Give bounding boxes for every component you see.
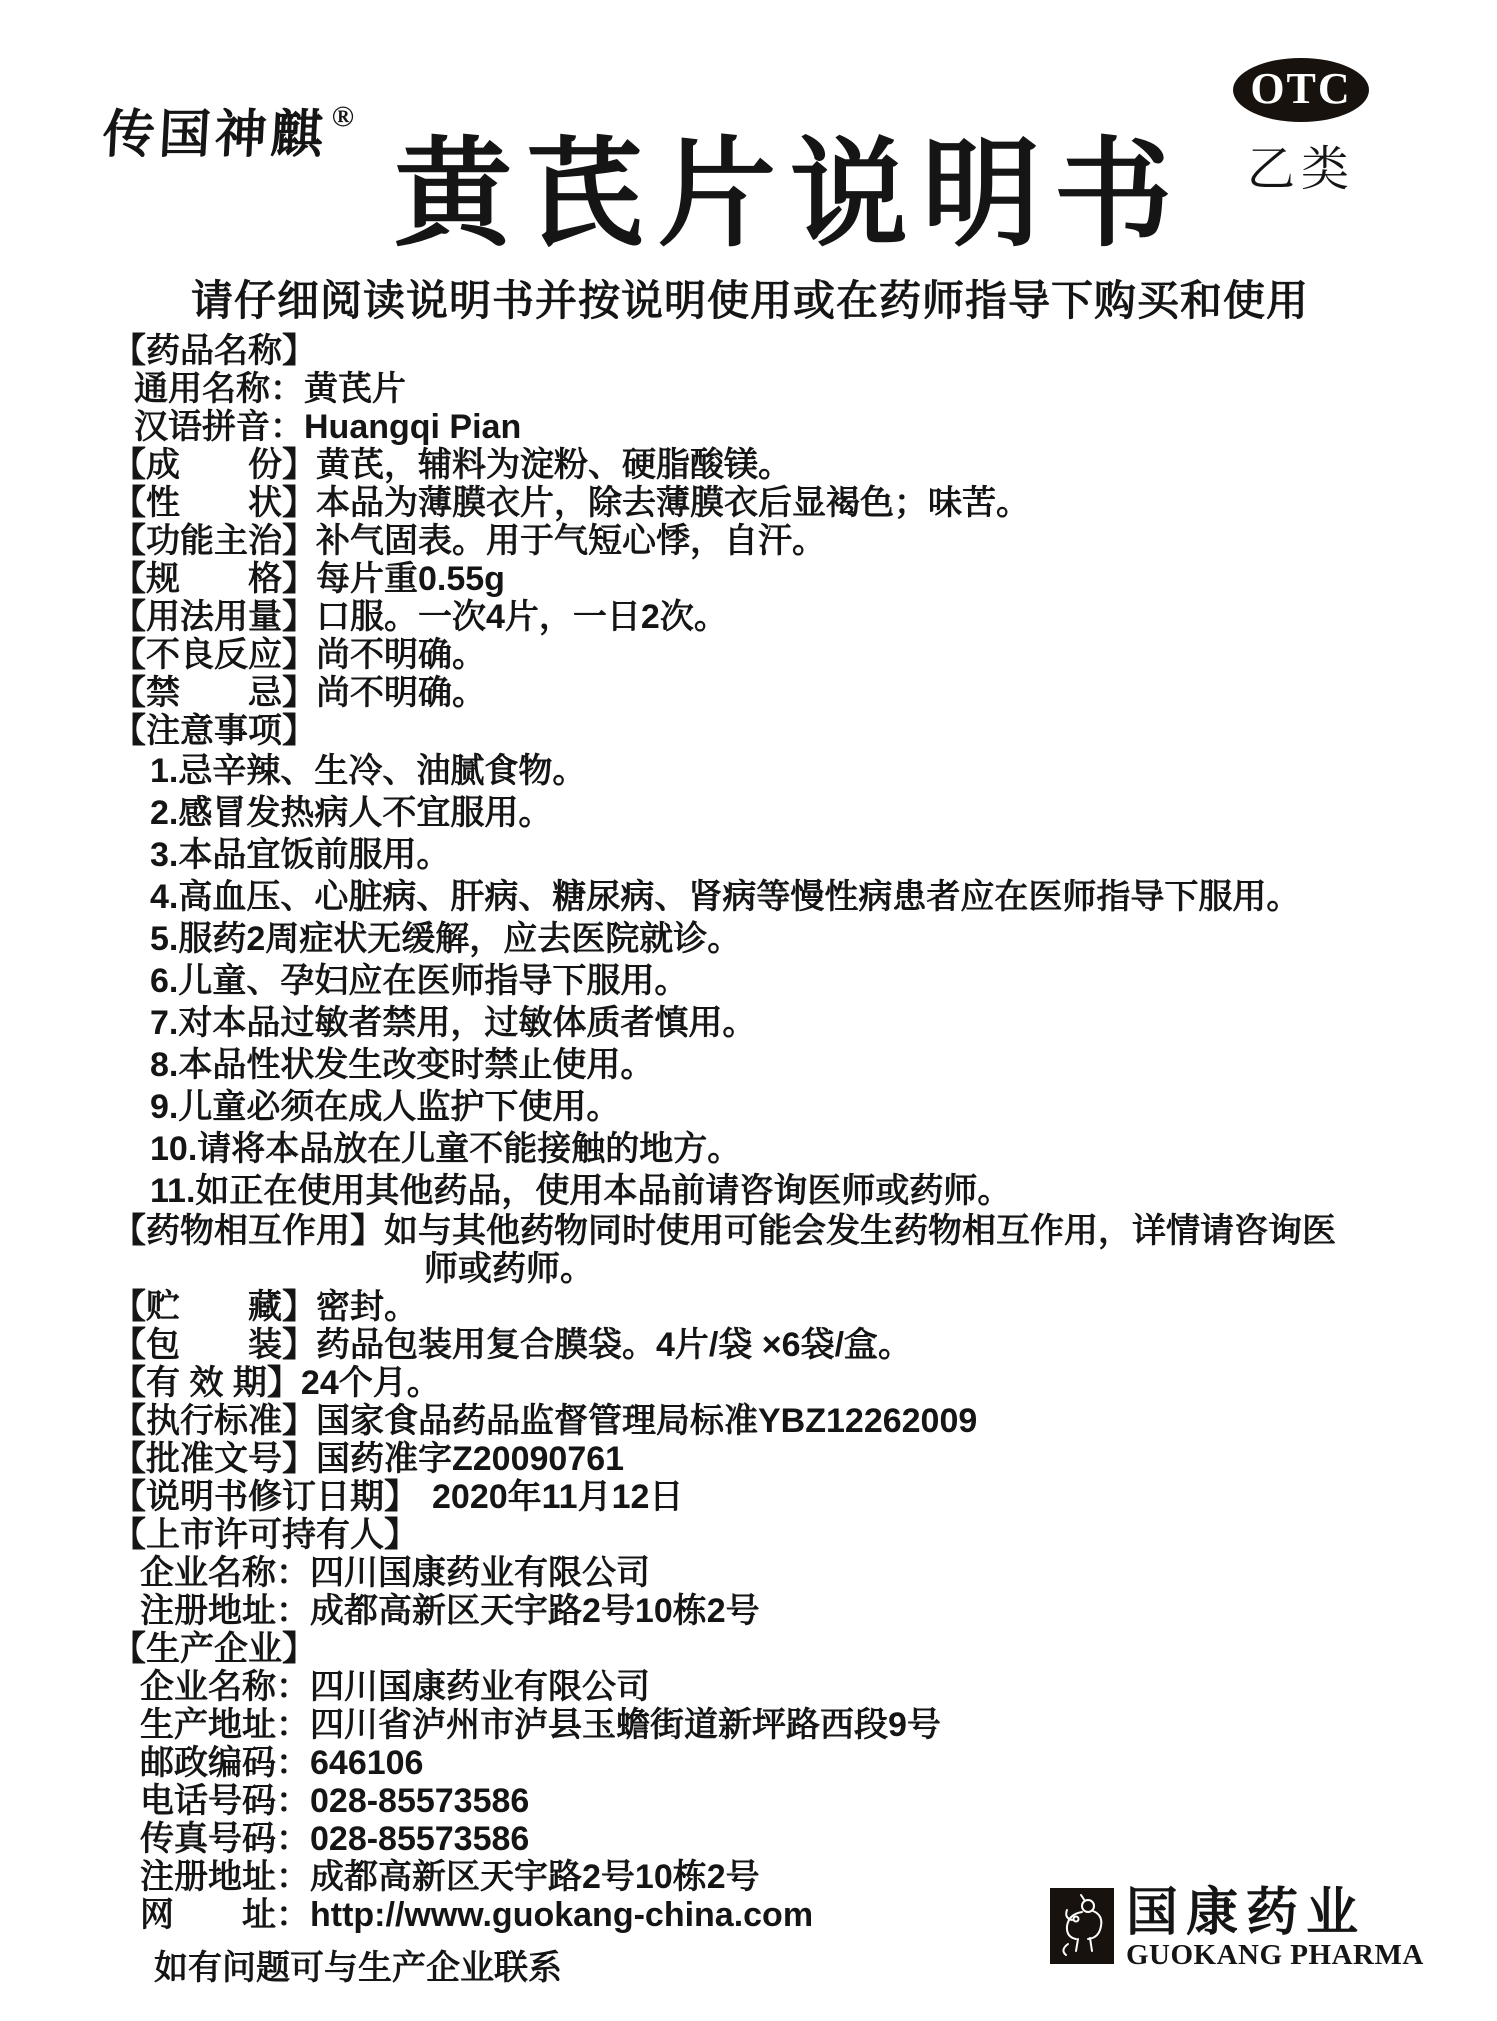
- precaution-item-9: 9.儿童必须在成人监护下使用。: [150, 1086, 1457, 1128]
- postal-code-value: 646106: [310, 1744, 423, 1782]
- generic-name-label: 通用名称：: [134, 370, 304, 408]
- manufacturer-heading-label: 【生产企业】: [112, 1630, 316, 1668]
- manufacturer-heading: 【生产企业】: [112, 1630, 1457, 1668]
- specification-label: 【规 格】: [112, 560, 316, 598]
- composition-value: 黄芪，辅料为淀粉、硬脂酸镁。: [316, 446, 792, 484]
- precaution-item-7: 7.对本品过敏者禁用，过敏体质者慎用。: [150, 1002, 1457, 1044]
- license-company-name-value: 四川国康药业有限公司: [310, 1554, 650, 1592]
- precaution-item-8: 8.本品性状发生改变时禁止使用。: [150, 1044, 1457, 1086]
- company-logo: 国康药业 GUOKANG PHARMA: [1050, 1888, 1424, 1970]
- phone-label: 电话号码：: [140, 1782, 310, 1820]
- manufacturer-registered-address-label: 注册地址：: [140, 1858, 310, 1896]
- license-company-name-row: 企业名称：四川国康药业有限公司: [140, 1554, 1457, 1592]
- manufacturer-company-name-row: 企业名称：四川国康药业有限公司: [140, 1668, 1457, 1706]
- page-title: 黄芪片说明书: [394, 126, 1186, 266]
- validity-value: 24个月。: [301, 1364, 441, 1402]
- specification-value: 每片重0.55g: [316, 560, 505, 598]
- brand-name: 传国神麒: [101, 107, 328, 164]
- standard-row: 【执行标准】国家食品药品监督管理局标准YBZ12262009: [112, 1402, 1457, 1440]
- drug-name-heading-label: 【药品名称】: [112, 332, 316, 370]
- indications-label: 【功能主治】: [112, 522, 316, 560]
- manufacturer-company-name-label: 企业名称：: [140, 1668, 310, 1706]
- composition-label: 【成 份】: [112, 446, 316, 484]
- indications-value: 补气固表。用于气短心悸，自汗。: [316, 522, 826, 560]
- company-name-en: GUOKANG PHARMA: [1126, 1940, 1424, 1970]
- dosage-value: 口服。一次4片，一日2次。: [316, 598, 728, 636]
- website-label: 网 址：: [140, 1896, 310, 1934]
- adverse-reactions-value: 尚不明确。: [316, 636, 486, 674]
- revision-date-label: 【说明书修订日期】: [112, 1478, 418, 1516]
- production-address-label: 生产地址：: [140, 1706, 310, 1744]
- license-holder-heading: 【上市许可持有人】: [112, 1516, 1457, 1554]
- license-holder-heading-label: 【上市许可持有人】: [112, 1516, 418, 1554]
- license-registered-address-row: 注册地址：成都高新区天宇路2号10栋2号: [140, 1592, 1457, 1630]
- contraindications-label: 【禁 忌】: [112, 674, 316, 712]
- otc-category-label: 乙类: [1233, 130, 1369, 199]
- company-name-cn: 国康药业: [1126, 1888, 1424, 1940]
- approval-number-row: 【批准文号】国药准字Z20090761: [112, 1440, 1457, 1478]
- section-drug-name-heading: 【药品名称】: [112, 332, 1457, 370]
- fax-row: 传真号码：028-85573586: [140, 1820, 1457, 1858]
- drug-interaction-text-line1: 如与其他药物同时使用可能会发生药物相互作用，详情请咨询医: [384, 1212, 1336, 1250]
- drug-interaction-row: 【药物相互作用】如与其他药物同时使用可能会发生药物相互作用，详情请咨询医: [112, 1212, 1457, 1250]
- pinyin-label: 汉语拼音：: [134, 408, 304, 446]
- qilin-seal-icon: [1050, 1888, 1114, 1964]
- precaution-item-2: 2.感冒发热病人不宜服用。: [150, 792, 1457, 834]
- website-value: http://www.guokang-china.com: [310, 1896, 813, 1934]
- pinyin-value: Huangqi Pian: [304, 408, 521, 446]
- leaflet-page: 传国神麒® OTC 乙类 黄芪片说明书 请仔细阅读说明书并按说明使用或在药师指导…: [0, 0, 1497, 2021]
- manufacturer-registered-address-value: 成都高新区天宇路2号10栋2号: [310, 1858, 760, 1896]
- adverse-reactions-label: 【不良反应】: [112, 636, 316, 674]
- license-registered-address-value: 成都高新区天宇路2号10栋2号: [310, 1592, 760, 1630]
- drug-interaction-label: 【药物相互作用】: [112, 1212, 384, 1250]
- properties-label: 【性 状】: [112, 484, 316, 522]
- precaution-item-3: 3.本品宜饭前服用。: [150, 834, 1457, 876]
- precaution-item-6: 6.儿童、孕妇应在医师指导下服用。: [150, 960, 1457, 1002]
- dosage-label: 【用法用量】: [112, 598, 316, 636]
- storage-row: 【贮 藏】密封。: [112, 1288, 1457, 1326]
- pinyin-row: 汉语拼音：Huangqi Pian: [134, 408, 1457, 446]
- brand-logo: 传国神麒®: [101, 92, 355, 167]
- storage-value: 密封。: [316, 1288, 418, 1326]
- generic-name-row: 通用名称：黄芪片: [134, 370, 1457, 408]
- precaution-item-4: 4.高血压、心脏病、肝病、糖尿病、肾病等慢性病患者应在医师指导下服用。: [150, 876, 1457, 918]
- precautions-heading: 【注意事项】: [112, 712, 1457, 750]
- revision-date-value: 2020年11月12日: [432, 1478, 683, 1516]
- drug-interaction-text-line2: 师或药师。: [424, 1250, 1457, 1288]
- composition-row: 【成 份】黄芪，辅料为淀粉、硬脂酸镁。: [112, 446, 1457, 484]
- contraindications-value: 尚不明确。: [316, 674, 486, 712]
- approval-number-value: 国药准字Z20090761: [316, 1440, 624, 1478]
- postal-code-row: 邮政编码：646106: [140, 1744, 1457, 1782]
- package-value: 药品包装用复合膜袋。4片/袋 ×6袋/盒。: [316, 1326, 912, 1364]
- dosage-row: 【用法用量】口服。一次4片，一日2次。: [112, 598, 1457, 636]
- specification-row: 【规 格】每片重0.55g: [112, 560, 1457, 598]
- precaution-item-11: 11.如正在使用其他药品，使用本品前请咨询医师或药师。: [150, 1170, 1457, 1212]
- fax-label: 传真号码：: [140, 1820, 310, 1858]
- precautions-heading-label: 【注意事项】: [112, 712, 316, 750]
- company-logo-text: 国康药业 GUOKANG PHARMA: [1126, 1888, 1424, 1970]
- standard-label: 【执行标准】: [112, 1402, 316, 1440]
- precaution-item-5: 5.服药2周症状无缓解，应去医院就诊。: [150, 918, 1457, 960]
- manufacturer-company-name-value: 四川国康药业有限公司: [310, 1668, 650, 1706]
- postal-code-label: 邮政编码：: [140, 1744, 310, 1782]
- precaution-item-10: 10.请将本品放在儿童不能接触的地方。: [150, 1128, 1457, 1170]
- license-company-name-label: 企业名称：: [140, 1554, 310, 1592]
- usage-notice: 请仔细阅读说明书并按说明使用或在药师指导下购买和使用: [191, 278, 1309, 324]
- properties-row: 【性 状】本品为薄膜衣片，除去薄膜衣后显褐色；味苦。: [112, 484, 1457, 522]
- phone-value: 028-85573586: [310, 1782, 529, 1820]
- otc-ellipse: OTC: [1233, 58, 1369, 122]
- leaflet-content: 【药品名称】 通用名称：黄芪片 汉语拼音：Huangqi Pian 【成 份】黄…: [0, 332, 1497, 1988]
- license-registered-address-label: 注册地址：: [140, 1592, 310, 1630]
- registered-trademark-icon: ®: [332, 100, 354, 134]
- otc-badge: OTC 乙类: [1233, 58, 1369, 199]
- production-address-row: 生产地址：四川省泸州市泸县玉蟾街道新坪路西段9号: [140, 1706, 1457, 1744]
- validity-row: 【有 效 期】24个月。: [112, 1364, 1457, 1402]
- indications-row: 【功能主治】补气固表。用于气短心悸，自汗。: [112, 522, 1457, 560]
- precaution-item-1: 1.忌辛辣、生冷、油腻食物。: [150, 750, 1457, 792]
- adverse-reactions-row: 【不良反应】尚不明确。: [112, 636, 1457, 674]
- fax-value: 028-85573586: [310, 1820, 529, 1858]
- revision-date-row: 【说明书修订日期】2020年11月12日: [112, 1478, 1457, 1516]
- production-address-value: 四川省泸州市泸县玉蟾街道新坪路西段9号: [310, 1706, 941, 1744]
- properties-value: 本品为薄膜衣片，除去薄膜衣后显褐色；味苦。: [316, 484, 1030, 522]
- approval-number-label: 【批准文号】: [112, 1440, 316, 1478]
- validity-label: 【有 效 期】: [112, 1364, 301, 1402]
- package-label: 【包 装】: [112, 1326, 316, 1364]
- generic-name-value: 黄芪片: [304, 370, 406, 408]
- phone-row: 电话号码：028-85573586: [140, 1782, 1457, 1820]
- contraindications-row: 【禁 忌】尚不明确。: [112, 674, 1457, 712]
- package-row: 【包 装】药品包装用复合膜袋。4片/袋 ×6袋/盒。: [112, 1326, 1457, 1364]
- storage-label: 【贮 藏】: [112, 1288, 316, 1326]
- standard-value: 国家食品药品监督管理局标准YBZ12262009: [316, 1402, 977, 1440]
- leaflet-header: 传国神麒® OTC 乙类 黄芪片说明书 请仔细阅读说明书并按说明使用或在药师指导…: [0, 0, 1497, 332]
